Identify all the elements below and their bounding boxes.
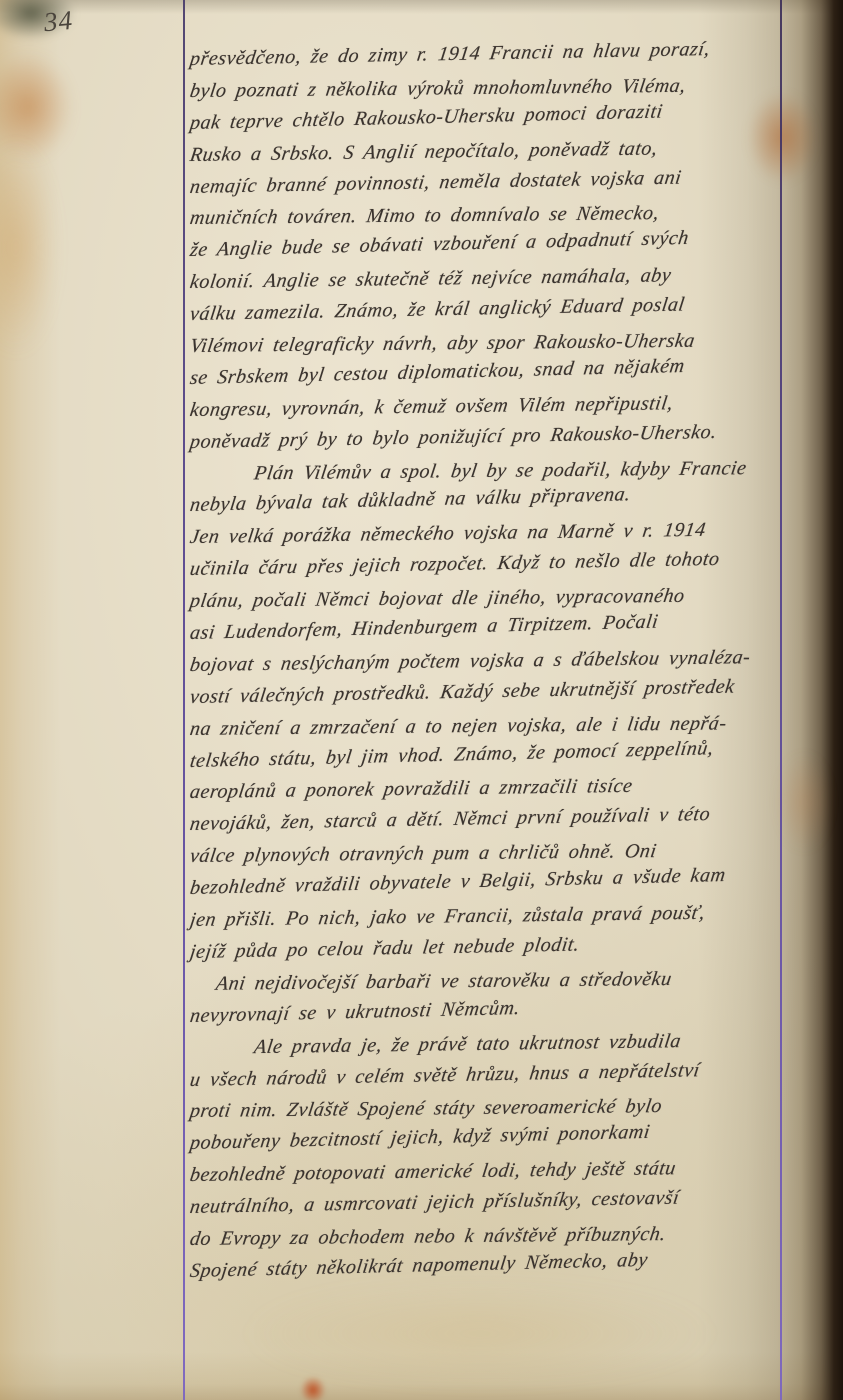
foxing-stain-top-left xyxy=(0,52,74,162)
page-number: 34 xyxy=(43,5,75,38)
red-ink-spot-bottom xyxy=(300,1376,326,1400)
bottom-discoloration xyxy=(250,1286,710,1381)
left-margin-rule xyxy=(183,0,185,1400)
manuscript-text: přesvědčeno, že do zimy r. 1914 Francii … xyxy=(190,44,776,1288)
manuscript-line: přesvědčeno, že do zimy r. 1914 Francii … xyxy=(188,33,780,76)
right-margin-rule xyxy=(780,0,782,1400)
faint-stain-right xyxy=(776,752,832,852)
foxing-stain-left-edge xyxy=(0,140,56,355)
manuscript-page-scan: 34 přesvědčeno, že do zimy r. 1914 Franc… xyxy=(0,0,843,1400)
